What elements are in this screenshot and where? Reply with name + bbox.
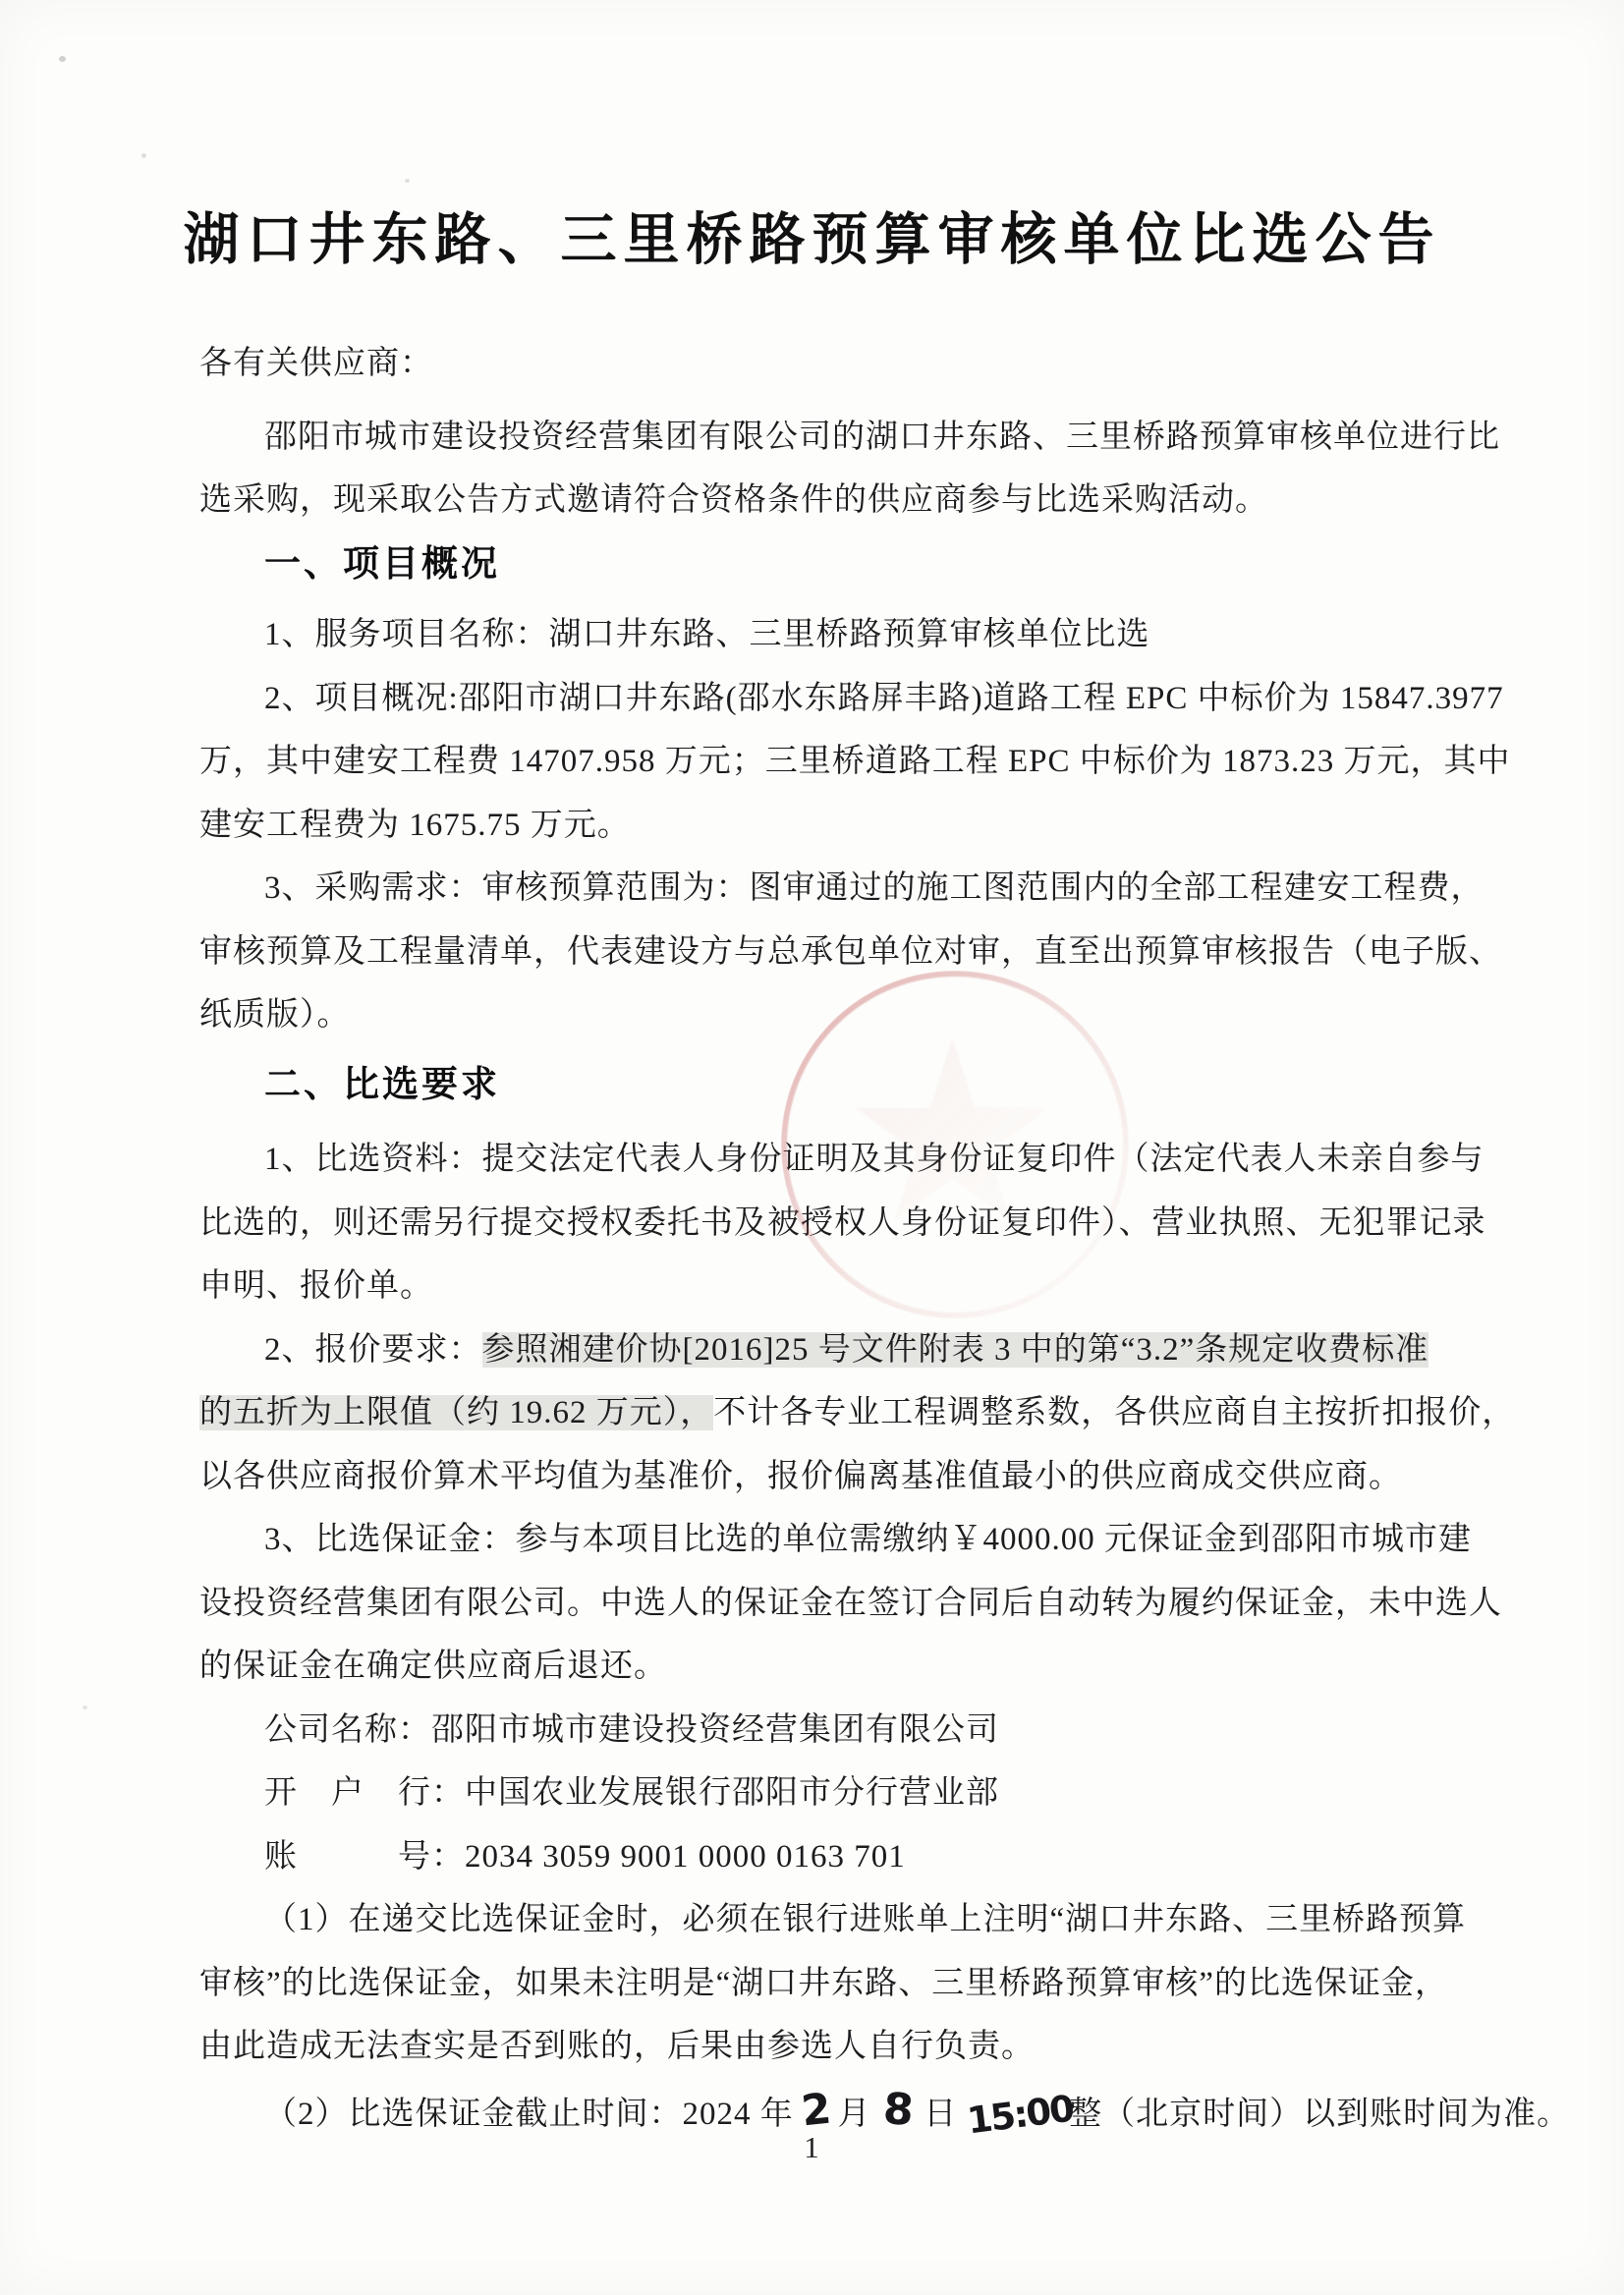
deadline-month-label: 月	[838, 2097, 871, 2132]
quote-requirement-rest: 不计各专业工程调整系数，各供应商自主按折扣报价，	[713, 1395, 1515, 1430]
section1-item3-line2: 审核预算及工程量清单，代表建设方与总承包单位对审，直至出预算审核报告（电子版、	[199, 921, 1508, 984]
highlighted-fee-standard-text: 参照湘建价协[2016]25 号文件附表 3 中的第“3.2”条规定收费标准	[482, 1332, 1429, 1368]
scan-speck	[405, 179, 410, 183]
scan-speck	[59, 56, 66, 62]
section1-item2-line1: 2、项目概况:邵阳市湖口井东路(邵水东路屏丰路)道路工程 EPC 中标价为 15…	[199, 667, 1508, 731]
deadline-suffix: 整（北京时间）以到账时间为准。	[1069, 2097, 1570, 2132]
section1-item2-line2: 万，其中建安工程费 14707.958 万元；三里桥道路工程 EPC 中标价为 …	[199, 730, 1508, 794]
scan-speck	[83, 1706, 87, 1709]
red-seal-stamp	[781, 971, 1129, 1318]
section2-item3-line2: 设投资经营集团有限公司。中选人的保证金在签订合同后自动转为履约保证金，未中选人	[199, 1572, 1508, 1636]
document-title: 湖口井东路、三里桥路预算审核单位比选公告	[0, 195, 1624, 275]
intro-line-1: 邵阳市城市建设投资经营集团有限公司的湖口井东路、三里桥路预算审核单位进行比	[199, 406, 1508, 470]
quote-requirement-label: 2、报价要求：	[264, 1332, 482, 1368]
scan-speck	[1224, 444, 1228, 448]
section1-item1: 1、服务项目名称：湖口井东路、三里桥路预算审核单位比选	[199, 603, 1508, 667]
note1-line3: 由此造成无法查实是否到账的，后果由参选人自行负责。	[199, 2015, 1508, 2079]
scan-speck	[485, 560, 491, 565]
highlighted-price-cap-text: 的五折为上限值（约 19.62 万元），	[199, 1395, 713, 1430]
note1-line2: 审核”的比选保证金，如果未注明是“湖口井东路、三里桥路预算审核”的比选保证金，	[199, 1952, 1508, 2016]
deadline-day-label: 日	[924, 2097, 957, 2132]
company-name-line: 公司名称：邵阳市城市建设投资经营集团有限公司	[199, 1699, 1508, 1763]
section1-heading: 一、项目概况	[199, 532, 1508, 596]
deadline-prefix: （2）比选保证金截止时间：2024 年	[264, 2097, 794, 2132]
section2-item2-line2: 的五折为上限值（约 19.62 万元），不计各专业工程调整系数，各供应商自主按折…	[199, 1381, 1508, 1445]
section2-item2-line1: 2、报价要求：参照湘建价协[2016]25 号文件附表 3 中的第“3.2”条规…	[199, 1318, 1508, 1382]
stamp-star-icon	[852, 1037, 1053, 1239]
intro-line-2: 选采购，现采取公告方式邀请符合资格条件的供应商参与比选采购活动。	[199, 469, 1508, 532]
section2-item3-line1: 3、比选保证金：参与本项目比选的单位需缴纳￥4000.00 元保证金到邵阳市城市…	[199, 1508, 1508, 1572]
section1-item2-line3: 建安工程费为 1675.75 万元。	[199, 794, 1508, 858]
page-number: 1	[0, 2130, 1624, 2165]
note1-line1: （1）在递交比选保证金时，必须在银行进账单上注明“湖口井东路、三里桥路预算	[199, 1888, 1508, 1952]
scanned-document-page: 湖口井东路、三里桥路预算审核单位比选公告 各有关供应商： 邵阳市城市建设投资经营…	[0, 0, 1624, 2295]
section1-item3-line1: 3、采购需求：审核预算范围为：图审通过的施工图范围内的全部工程建安工程费，	[199, 857, 1508, 921]
salutation: 各有关供应商：	[199, 332, 1508, 396]
scan-speck	[141, 153, 146, 158]
section2-item3-line3: 的保证金在确定供应商后退还。	[199, 1635, 1508, 1699]
account-number-line: 账 号：2034 3059 9001 0000 0163 701	[199, 1825, 1508, 1889]
bank-line: 开 户 行：中国农业发展银行邵阳市分行营业部	[199, 1762, 1508, 1825]
section2-item2-line3: 以各供应商报价算术平均值为基准价，报价偏离基准值最小的供应商成交供应商。	[199, 1445, 1508, 1509]
